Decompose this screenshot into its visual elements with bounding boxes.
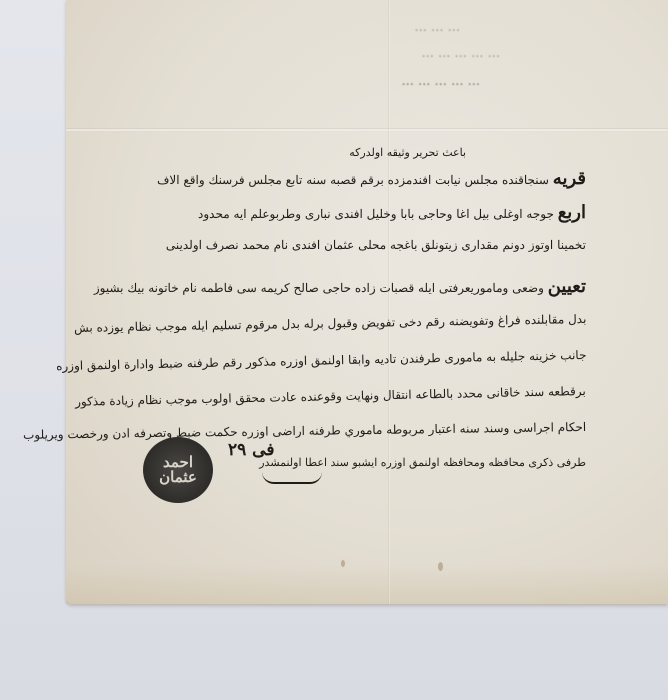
faded-header-line: ... ... ... ... ... <box>421 46 500 61</box>
opening-line: باعث تحرير وثيقه اولدركه <box>349 146 466 159</box>
horizontal-fold-line <box>66 128 668 132</box>
text-line-3: تخمينا اوتوز دونم مقدارى زيتونلق باغجه م… <box>166 238 586 252</box>
faded-header-line: ... ... ... <box>415 20 460 35</box>
line-text: سنجاقنده مجلس نيابت افندمزده برقم قصبه س… <box>157 173 549 187</box>
text-line-2: اربع جوجه اوغلى بيل اغا وحاجى بابا وخليل… <box>198 202 586 223</box>
text-line-9: طرفى ذكرى محافظه ومحافظه اولنمق اوزره اي… <box>259 456 586 469</box>
line-text: جوجه اوغلى بيل اغا وحاجى بابا وخليل افند… <box>198 207 554 221</box>
line-text: وضعى وماموريعرفتى ايله قصبات زاده حاجى ص… <box>94 281 544 295</box>
signature-stroke <box>262 472 322 484</box>
text-line-1: قريه سنجاقنده مجلس نيابت افندمزده برقم ق… <box>157 168 586 189</box>
stain-spot <box>438 562 443 571</box>
ink-spot <box>341 560 345 567</box>
faded-header-line: ... ... ... ... ... <box>401 74 480 89</box>
text-line-4: تعيين وضعى وماموريعرفتى ايله قصبات زاده … <box>94 276 586 297</box>
faded-header-strip: ... ... ... ... ... ... ... ... ... ... … <box>80 20 560 110</box>
round-seal-stamp: احمد عثمان <box>143 437 213 503</box>
signature: فى ٢٩ <box>228 440 274 460</box>
line-lead-word: تعيين <box>548 276 586 297</box>
line-lead-word: اربع <box>558 202 586 223</box>
line-lead-word: قريه <box>553 168 586 189</box>
seal-text: احمد عثمان <box>143 455 213 485</box>
line-text: طرفى ذكرى محافظه ومحافظه اولنمق اوزره اي… <box>259 456 586 469</box>
line-text: تخمينا اوتوز دونم مقدارى زيتونلق باغجه م… <box>166 238 586 252</box>
